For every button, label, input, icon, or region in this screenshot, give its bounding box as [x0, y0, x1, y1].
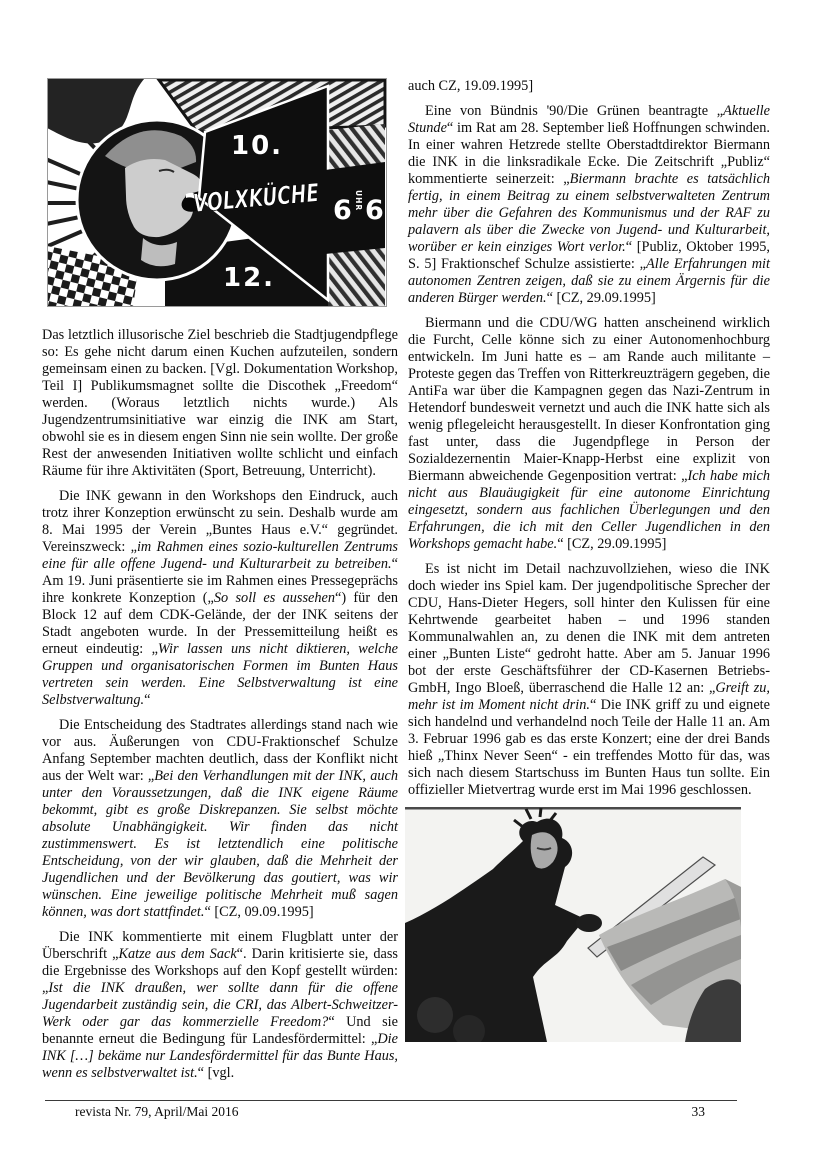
body-text: “ [vgl.	[198, 1065, 235, 1081]
body-text: “ [CZ, 29.09.1995]	[557, 536, 666, 552]
volxkueche-poster-image: 10. VOLXKÜCHE 12. 6 6 UHR	[47, 78, 387, 307]
magazine-page: 10. VOLXKÜCHE 12. 6 6 UHR Das letztlich …	[0, 0, 826, 1169]
quote-text: So soll es aussehen	[214, 590, 335, 606]
body-text: Eine von Bündnis '90/Die Grünen beantrag…	[425, 103, 723, 119]
left-column-text: Das letztlich illusorische Ziel beschrie…	[42, 327, 398, 1082]
page-number: 33	[692, 1104, 706, 1120]
quote-text: Bei den Verhandlungen mit der INK, auch …	[42, 768, 398, 920]
body-text: “ [CZ, 29.09.1995]	[547, 290, 656, 306]
right-column-text: auch CZ, 19.09.1995]Eine von Bündnis '90…	[408, 78, 770, 799]
poster-time-six-a: 6	[333, 195, 352, 226]
left-column: 10. VOLXKÜCHE 12. 6 6 UHR Das letztlich …	[42, 78, 398, 1090]
paragraph: Die Entscheidung des Stadtrates allerdin…	[42, 717, 398, 921]
body-text: Es ist nicht im Detail nachzuvollziehen,…	[408, 561, 770, 696]
paragraph: auch CZ, 19.09.1995]	[408, 78, 770, 95]
journal-title: revista Nr. 79, April/Mai 2016	[75, 1104, 238, 1120]
flag-photo-image	[405, 807, 741, 1042]
photo-top-edge	[405, 807, 741, 810]
quote-text: Katze aus dem Sack	[118, 946, 236, 962]
right-column: auch CZ, 19.09.1995]Eine von Bündnis '90…	[408, 78, 770, 1042]
paragraph: Die INK kommentierte mit einem Flugblatt…	[42, 929, 398, 1082]
paragraph: Biermann und die CDU/WG hatten anscheine…	[408, 315, 770, 553]
poster-date-bottom: 12.	[223, 263, 275, 293]
body-text: Biermann und die CDU/WG hatten anscheine…	[408, 315, 770, 484]
photo-person-hand	[576, 914, 602, 932]
paragraph: Die INK gewann in den Workshops den Eind…	[42, 488, 398, 709]
body-text: Das letztlich illusorische Ziel beschrie…	[42, 327, 398, 479]
poster-time-uhr: UHR	[354, 190, 363, 211]
paragraph: Eine von Bündnis '90/Die Grünen beantrag…	[408, 103, 770, 307]
photo-figure	[405, 807, 741, 1042]
poster-time-six-b: 6	[365, 195, 384, 226]
paragraph: Es ist nicht im Detail nachzuvollziehen,…	[408, 561, 770, 799]
body-text: “	[144, 692, 150, 708]
body-text: auch CZ, 19.09.1995]	[408, 78, 533, 94]
photo-hand-knuckle	[417, 997, 453, 1033]
paragraph: Das letztlich illusorische Ziel beschrie…	[42, 327, 398, 480]
poster-figure: 10. VOLXKÜCHE 12. 6 6 UHR	[47, 78, 387, 307]
poster-date-top: 10.	[231, 131, 283, 161]
body-text: “ [CZ, 09.09.1995]	[204, 904, 313, 920]
page-footer: revista Nr. 79, April/Mai 2016 33	[45, 1100, 737, 1120]
